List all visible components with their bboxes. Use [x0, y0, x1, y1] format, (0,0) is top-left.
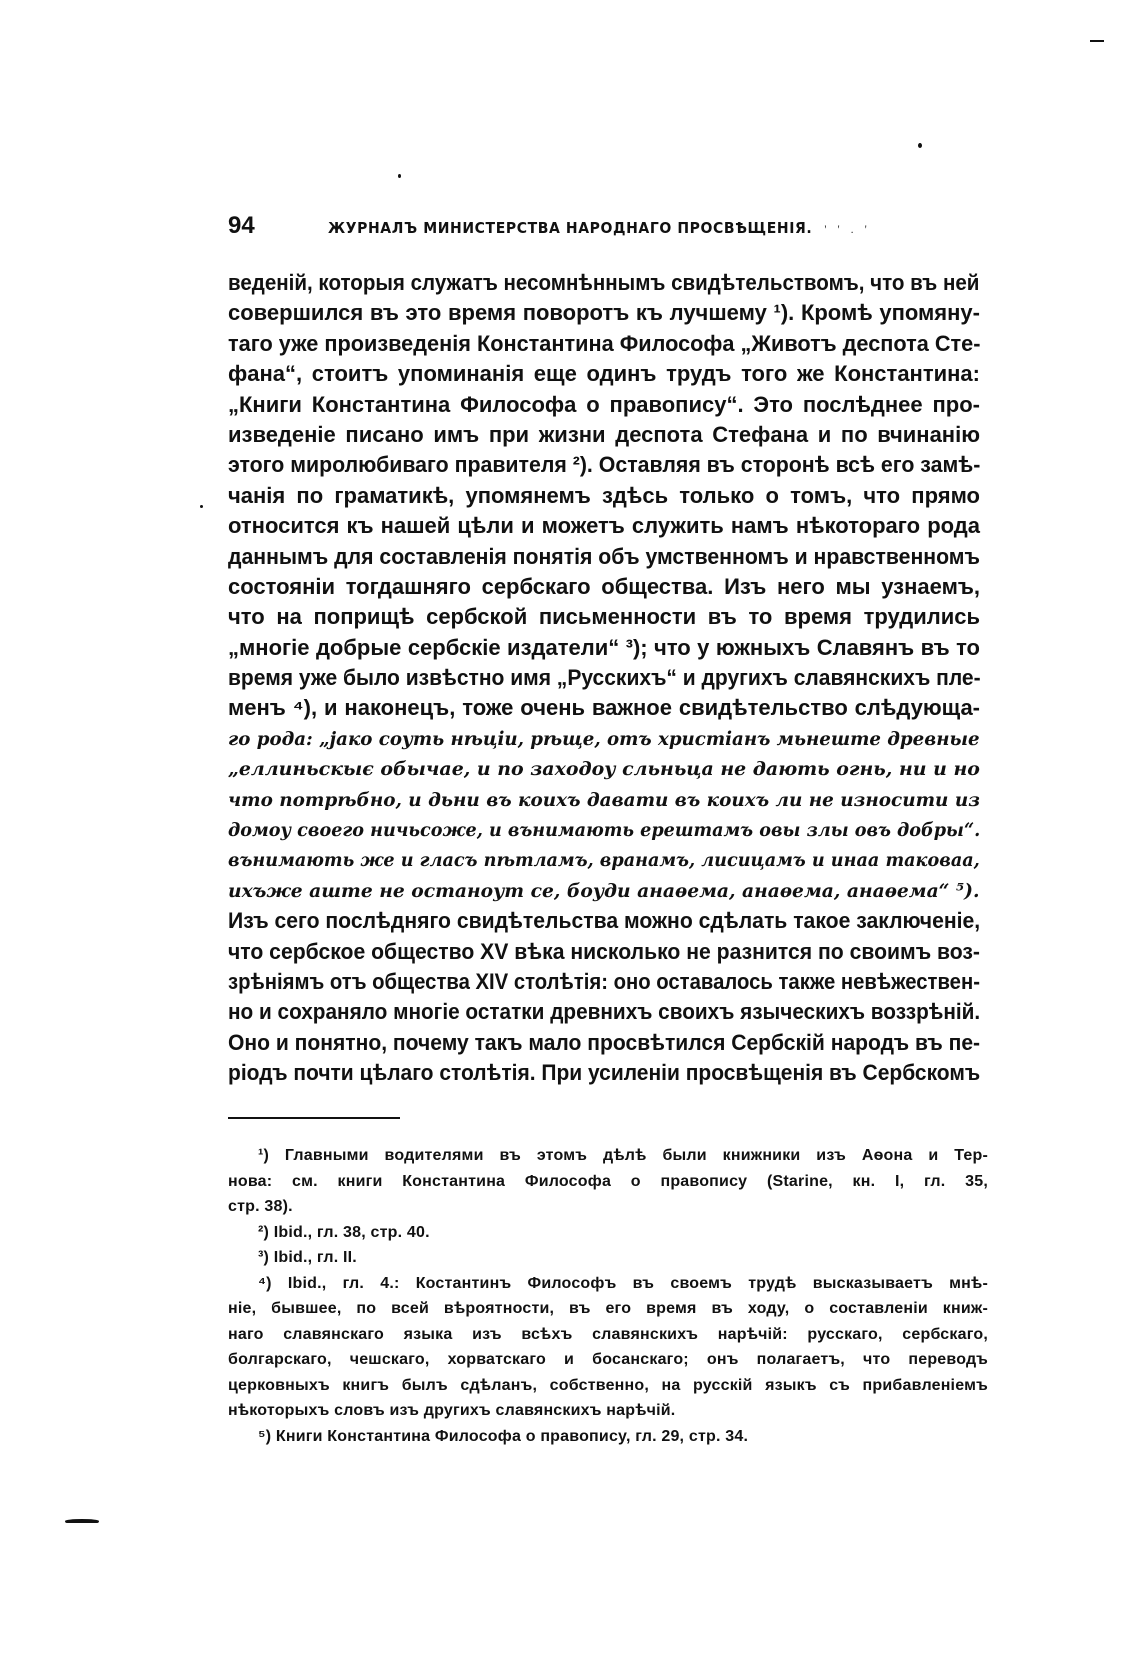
footnote-line: наго славянскаго языка изъ всѣхъ славянс…	[228, 1322, 988, 1348]
scan-dot-top	[398, 174, 401, 178]
text-line: „Книги Константина Философа о правопису“…	[228, 390, 980, 420]
footnote-text: Книги Константина Философа о правопису, …	[276, 1428, 748, 1445]
text-line: даннымъ для составленія понятія объ умст…	[228, 542, 980, 572]
footnote-text: Ibid., гл. 38, стр. 40.	[274, 1224, 430, 1241]
text-line: чанія по граматикѣ, упомянемъ здѣсь толь…	[228, 481, 980, 511]
footnote-text: Ibid., гл. II.	[274, 1249, 357, 1266]
text-line: домоу своего ничьсоже, и вънимають ерешт…	[228, 815, 980, 845]
page-number: 94	[228, 212, 328, 240]
footnote-3: ³) Ibid., гл. II.	[228, 1245, 988, 1271]
footnote-text: ніе, бывшее, по всей вѣроятности, въ его…	[228, 1300, 988, 1317]
footnote-marker: ³)	[258, 1249, 274, 1266]
footnote-text: нова: см. книги Константина Философа о п…	[228, 1173, 988, 1190]
footnote-line: болгарскаго, чешскаго, хорватскаго и бос…	[228, 1347, 988, 1373]
text-line: этого миролюбиваго правителя ²). Оставля…	[228, 450, 980, 480]
body-text: веденій, которыя служатъ несомнѣннымъ св…	[228, 268, 980, 1089]
scan-dot-left-margin	[200, 505, 203, 508]
footnote-separator	[228, 1117, 400, 1119]
text-line: относится къ нашей цѣли и можетъ служить…	[228, 511, 980, 541]
footnote-line: нова: см. книги Константина Философа о п…	[228, 1169, 988, 1195]
text-line: „многіе добрые сербскіе издатели“ ³); чт…	[228, 633, 980, 663]
text-line: но и сохраняло многіе остатки древнихъ с…	[228, 997, 980, 1027]
text-line: веденій, которыя служатъ несомнѣннымъ св…	[228, 268, 980, 298]
scan-noise: ' ' . '	[824, 222, 871, 237]
footnote-text: болгарскаго, чешскаго, хорватскаго и бос…	[228, 1351, 988, 1368]
text-line: менъ ⁴), и наконецъ, тоже очень важное с…	[228, 693, 980, 723]
footnote-2: ²) Ibid., гл. 38, стр. 40.	[228, 1220, 988, 1246]
text-line: Оно и понятно, почему такъ мало просвѣти…	[228, 1028, 980, 1058]
footnote-line: нѣкоторыхъ словъ изъ другихъ славянскихъ…	[228, 1398, 988, 1424]
text-line: что сербское общество XV вѣка нисколько …	[228, 937, 980, 967]
footnote-text: Ibid., гл. 4.: Костантинъ Философъ въ св…	[288, 1275, 988, 1292]
text-line: что на поприщѣ сербской письменности въ …	[228, 602, 980, 632]
footnote-5: ⁵) Книги Константина Философа о правопис…	[228, 1424, 988, 1450]
footnotes: ¹) Главными водителями въ этомъ дѣлѣ был…	[228, 1143, 988, 1449]
text-line: вънимають же и гласъ пѣтламъ, вранамъ, л…	[228, 845, 980, 875]
text-line: ріодъ почти цѣлаго столѣтія. При усилені…	[228, 1058, 980, 1088]
text-line: Изъ сего послѣдняго свидѣтельства можно …	[228, 906, 980, 936]
footnote-marker: ²)	[258, 1224, 274, 1241]
footnote-line: стр. 38).	[228, 1194, 988, 1220]
text-line: что потрѣбно, и дьни въ коихъ давати въ …	[228, 785, 980, 815]
scan-mark-bottom-left	[65, 1519, 99, 1523]
text-line: ихъже аште не останоут се, боуди анаѳема…	[228, 876, 980, 906]
text-line: совершился въ это время поворотъ къ лучш…	[228, 298, 980, 328]
footnote-4: ⁴) Ibid., гл. 4.: Костантинъ Философъ въ…	[228, 1271, 988, 1297]
footnote-text: нѣкоторыхъ словъ изъ другихъ славянскихъ…	[228, 1402, 675, 1419]
text-line: зрѣніямъ отъ общества XIV столѣтія: оно …	[228, 967, 980, 997]
running-title: ЖУРНАЛЪ МИНИСТЕРСТВА НАРОДНАГО ПРОСВѢЩЕН…	[328, 221, 812, 238]
footnote-1: ¹) Главными водителями въ этомъ дѣлѣ был…	[228, 1143, 988, 1169]
text-line: го рода: „јако соуть нѣціи, рѣще, отъ хр…	[228, 724, 980, 754]
text-line: „еллиньскыє обычаe, и по заходоу сльньца…	[228, 754, 980, 784]
page-header: 94 ЖУРНАЛЪ МИНИСТЕРСТВА НАРОДНАГО ПРОСВѢ…	[228, 212, 988, 252]
text-line: таго уже произведенія Константина Филосо…	[228, 329, 980, 359]
footnote-marker: ¹)	[258, 1147, 285, 1164]
scan-mark-top-right	[1090, 40, 1104, 42]
footnote-line: церковныхъ книгъ былъ сдѣланъ, собственн…	[228, 1373, 988, 1399]
scan-dot-top-right	[918, 143, 922, 148]
text-line: фана“, стоитъ упоминанія еще одинъ трудъ…	[228, 359, 980, 389]
footnote-marker: ⁴)	[258, 1275, 288, 1292]
text-line: изведеніе писано имъ при жизни деспота С…	[228, 420, 980, 450]
text-line: время уже было извѣстно имя „Русскихъ“ и…	[228, 663, 980, 693]
footnote-text: наго славянскаго языка изъ всѣхъ славянс…	[228, 1326, 988, 1343]
text-line: состояніи тогдашняго сербскаго общества.…	[228, 572, 980, 602]
footnote-text: Главными водителями въ этомъ дѣлѣ были к…	[285, 1147, 988, 1164]
footnote-marker: ⁵)	[258, 1428, 276, 1445]
footnote-text: стр. 38).	[228, 1198, 293, 1215]
footnote-line: ніе, бывшее, по всей вѣроятности, въ его…	[228, 1296, 988, 1322]
footnote-text: церковныхъ книгъ былъ сдѣланъ, собственн…	[228, 1377, 988, 1394]
